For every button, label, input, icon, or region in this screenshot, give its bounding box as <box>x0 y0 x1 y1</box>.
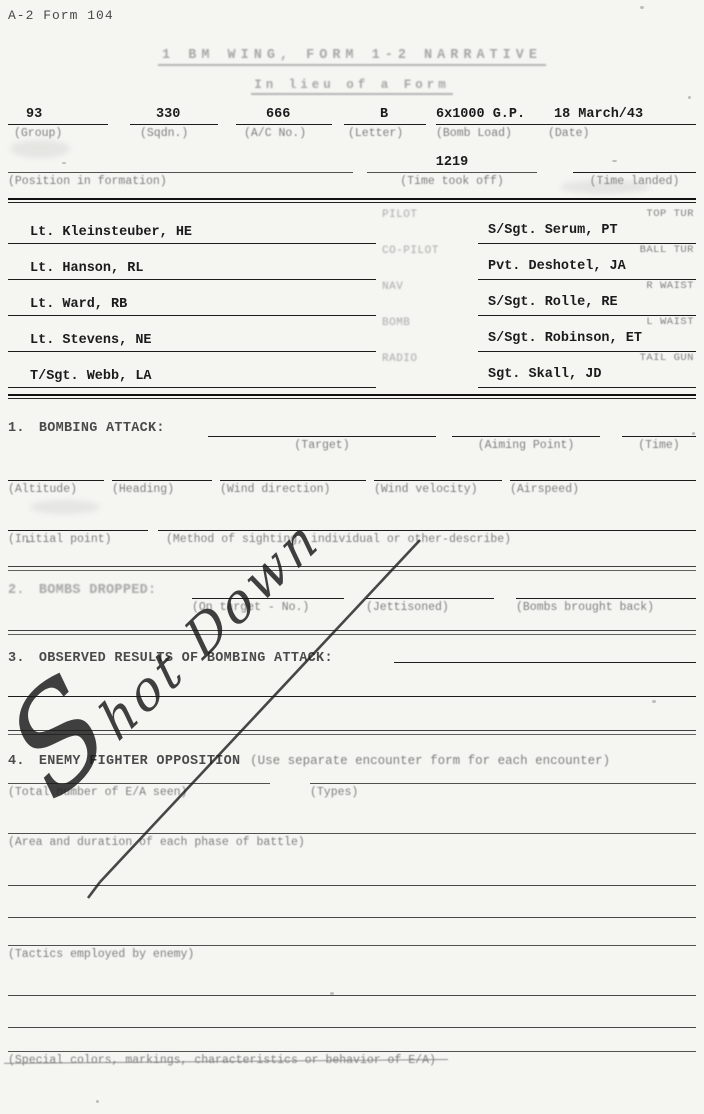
section4-number: 4. <box>8 754 25 769</box>
section1-heading: 1.BOMBING ATTACK: <box>8 421 208 436</box>
scanned-form-page: A-2 Form 104 1 BM WING, FORM 1-2 NARRATI… <box>0 0 704 1114</box>
write-in-line <box>8 1027 696 1028</box>
crew-right-cell: S/Sgt. Rolle, RE R WAIST <box>478 280 696 316</box>
crew-name: Sgt. Skall, JD <box>488 367 601 382</box>
scan-smudge <box>10 140 70 158</box>
section2-heading-text: BOMBS DROPPED: <box>39 583 157 598</box>
noise-speck <box>688 96 691 99</box>
field-position-formation: (Position in formation) <box>8 155 353 188</box>
field-types: (Types) <box>310 783 696 799</box>
write-in-line-double <box>8 730 696 735</box>
field-types-label: (Types) <box>310 784 696 799</box>
section1-row2: (Altitude) (Heading) (Wind direction) (W… <box>8 480 696 496</box>
field-sqdn-label: (Sqdn.) <box>130 125 218 140</box>
crew-left-cell: Lt. Hanson, RL <box>8 244 376 280</box>
field-tactics-label: (Tactics employed by enemy) <box>8 946 696 961</box>
field-wind-direction-label: (Wind direction) <box>220 481 366 496</box>
crew-row-radio: T/Sgt. Webb, LA RADIO Sgt. Skall, JD TAI… <box>8 352 696 388</box>
section2-heading: 2.BOMBS DROPPED: <box>8 583 192 598</box>
field-group-label: (Group) <box>8 125 108 140</box>
scan-smudge <box>560 180 650 194</box>
crew-name: Lt. Ward, RB <box>30 297 127 312</box>
field-date-value: 18 March/43 <box>548 107 696 124</box>
field-wind-direction: (Wind direction) <box>220 480 366 496</box>
section3-heading-text: OBSERVED RESULTS OF BOMBING ATTACK: <box>39 651 333 666</box>
field-method-sighting-label: (Method of sighting, individual or other… <box>158 531 696 546</box>
field-area-duration: (Area and duration of each phase of batt… <box>8 833 696 849</box>
divider <box>8 630 696 635</box>
noise-speck <box>612 160 617 162</box>
write-in-line <box>394 662 696 663</box>
noise-speck <box>62 162 66 164</box>
field-altitude: (Altitude) <box>8 480 104 496</box>
crew-role: R WAIST <box>646 280 694 292</box>
title-block: 1 BM WING, FORM 1-2 NARRATIVE <box>8 45 696 66</box>
field-position-formation-label: (Position in formation) <box>8 173 353 188</box>
subtitle-block: In lieu of a Form <box>8 75 696 95</box>
divider <box>8 198 696 203</box>
field-group: 93 (Group) <box>8 107 108 140</box>
crew-role: NAV <box>382 281 403 293</box>
field-wind-velocity-label: (Wind velocity) <box>374 481 502 496</box>
field-aiming-point: (Aiming Point) <box>452 436 600 452</box>
field-letter: B (Letter) <box>344 107 426 140</box>
field-sqdn-value: 330 <box>130 107 218 124</box>
crew-role: TAIL GUN <box>640 352 694 364</box>
scan-smudge <box>30 500 100 514</box>
crew-role: RADIO <box>382 353 418 365</box>
crew-role-cell: RADIO <box>376 352 478 388</box>
noise-speck <box>692 432 695 435</box>
section3-row: 3.OBSERVED RESULTS OF BOMBING ATTACK: <box>8 651 696 666</box>
field-letter-value: B <box>344 107 426 124</box>
field-bomb-load: 6x1000 G.P. (Bomb Load) <box>436 107 548 140</box>
form-subtitle: In lieu of a Form <box>251 78 453 95</box>
field-altitude-label: (Altitude) <box>8 481 104 496</box>
field-time-took-off-label: (Time took off) <box>367 173 537 188</box>
crew-name: Lt. Hanson, RL <box>30 261 143 276</box>
crew-role: CO-PILOT <box>382 245 439 257</box>
divider <box>8 566 696 571</box>
write-in-line <box>8 696 696 697</box>
field-bombs-brought-back-label: (Bombs brought back) <box>516 599 696 614</box>
field-area-duration-label: (Area and duration of each phase of batt… <box>8 834 696 849</box>
section4-heading: 4.ENEMY FIGHTER OPPOSITION <box>8 754 240 769</box>
crew-role: PILOT <box>382 209 418 221</box>
crew-row-nav: Lt. Ward, RB NAV S/Sgt. Rolle, RE R WAIS… <box>8 280 696 316</box>
field-special-colors-label-wrap: (Special colors, markings, characteristi… <box>8 1052 696 1067</box>
section2-row: 2.BOMBS DROPPED: (On target - No.) (Jett… <box>8 583 696 614</box>
section3-heading: 3.OBSERVED RESULTS OF BOMBING ATTACK: <box>8 651 394 666</box>
field-airspeed-label: (Airspeed) <box>510 481 696 496</box>
field-group-value: 93 <box>8 107 108 124</box>
crew-right-cell: S/Sgt. Serum, PT TOP TUR <box>478 208 696 244</box>
crew-right-cell: S/Sgt. Robinson, ET L WAIST <box>478 316 696 352</box>
crew-role-cell: PILOT <box>376 208 478 244</box>
noise-speck <box>26 540 30 543</box>
write-in-line <box>8 917 696 918</box>
crew-row-pilot: Lt. Kleinsteuber, HE PILOT S/Sgt. Serum,… <box>8 208 696 244</box>
form-number: A-2 Form 104 <box>8 8 696 23</box>
field-initial-point: (Initial point) <box>8 530 148 546</box>
crew-row-copilot: Lt. Hanson, RL CO-PILOT Pvt. Deshotel, J… <box>8 244 696 280</box>
field-on-target-label: (On target - No.) <box>192 599 344 614</box>
field-total-ea-seen: (Total number of E/A seen) <box>8 783 270 799</box>
field-on-target: (On target - No.) <box>192 598 344 614</box>
header-fields-row: 93 (Group) 330 (Sqdn.) 666 (A/C No.) B (… <box>8 107 696 140</box>
field-bombs-brought-back: (Bombs brought back) <box>516 598 696 614</box>
field-target: (Target) <box>208 436 436 452</box>
crew-left-cell: Lt. Kleinsteuber, HE <box>8 208 376 244</box>
field-time-landed-value <box>573 155 696 172</box>
field-ac-no: 666 (A/C No.) <box>236 107 332 140</box>
crew-role-cell: CO-PILOT <box>376 244 478 280</box>
crew-row-bomb: Lt. Stevens, NE BOMB S/Sgt. Robinson, ET… <box>8 316 696 352</box>
field-wind-velocity: (Wind velocity) <box>374 480 502 496</box>
field-ac-no-label: (A/C No.) <box>236 125 332 140</box>
field-initial-point-label: (Initial point) <box>8 531 148 546</box>
crew-name: Pvt. Deshotel, JA <box>488 259 626 274</box>
section3-number: 3. <box>8 651 25 666</box>
field-date: 18 March/43 (Date) <box>548 107 696 140</box>
crew-name: S/Sgt. Rolle, RE <box>488 295 618 310</box>
field-bomb-load-label: (Bomb Load) <box>436 125 548 140</box>
noise-speck <box>330 992 334 995</box>
field-target-label: (Target) <box>208 437 436 452</box>
crew-roster: Lt. Kleinsteuber, HE PILOT S/Sgt. Serum,… <box>8 208 696 388</box>
field-aiming-point-label: (Aiming Point) <box>452 437 600 452</box>
section4-heading-text: ENEMY FIGHTER OPPOSITION <box>39 754 241 769</box>
form-title: 1 BM WING, FORM 1-2 NARRATIVE <box>158 48 546 66</box>
crew-name: S/Sgt. Serum, PT <box>488 223 618 238</box>
field-position-formation-value <box>8 155 353 172</box>
field-time-took-off-value: 1219 <box>367 155 537 172</box>
noise-speck <box>652 700 656 703</box>
crew-name: S/Sgt. Robinson, ET <box>488 331 642 346</box>
noise-speck <box>640 6 644 9</box>
field-ac-no-value: 666 <box>236 107 332 124</box>
field-special-colors: (Special colors, markings, characteristi… <box>8 1051 696 1067</box>
section1-row3: (Initial point) (Method of sighting, ind… <box>8 530 696 546</box>
section1-heading-text: BOMBING ATTACK: <box>39 421 165 436</box>
field-letter-label: (Letter) <box>344 125 426 140</box>
crew-role: BALL TUR <box>640 244 694 256</box>
crew-role-cell: NAV <box>376 280 478 316</box>
crew-name: T/Sgt. Webb, LA <box>30 369 152 384</box>
divider <box>8 394 696 399</box>
field-date-label: (Date) <box>548 125 696 140</box>
crew-role: L WAIST <box>646 316 694 328</box>
field-jettisoned-label: (Jettisoned) <box>366 599 494 614</box>
field-sqdn: 330 (Sqdn.) <box>130 107 218 140</box>
section4-row1: (Total number of E/A seen) (Types) <box>8 783 696 799</box>
crew-role-cell: BOMB <box>376 316 478 352</box>
section4-heading-note: (Use separate encounter form for each en… <box>250 754 610 768</box>
section2-number: 2. <box>8 583 25 598</box>
crew-name: Lt. Stevens, NE <box>30 333 152 348</box>
field-heading-label: (Heading) <box>112 481 212 496</box>
crew-role: BOMB <box>382 317 410 329</box>
field-bomb-load-value: 6x1000 G.P. <box>436 107 548 124</box>
crew-left-cell: Lt. Stevens, NE <box>8 316 376 352</box>
field-total-ea-seen-label: (Total number of E/A seen) <box>8 784 270 799</box>
field-tactics: (Tactics employed by enemy) <box>8 945 696 961</box>
field-method-sighting: (Method of sighting, individual or other… <box>158 530 696 546</box>
crew-left-cell: Lt. Ward, RB <box>8 280 376 316</box>
crew-role: TOP TUR <box>646 208 694 220</box>
field-time: (Time) <box>622 436 696 452</box>
crew-right-cell: Sgt. Skall, JD TAIL GUN <box>478 352 696 388</box>
field-airspeed: (Airspeed) <box>510 480 696 496</box>
noise-speck <box>96 1100 99 1103</box>
section1-number: 1. <box>8 421 25 436</box>
crew-right-cell: Pvt. Deshotel, JA BALL TUR <box>478 244 696 280</box>
section1-row1: 1.BOMBING ATTACK: (Target) (Aiming Point… <box>8 421 696 452</box>
write-in-line <box>8 885 696 886</box>
section4-heading-row: 4.ENEMY FIGHTER OPPOSITION (Use separate… <box>8 751 696 769</box>
field-heading: (Heading) <box>112 480 212 496</box>
crew-name: Lt. Kleinsteuber, HE <box>30 225 192 240</box>
field-special-colors-label: (Special colors, markings, characteristi… <box>8 1054 436 1067</box>
field-jettisoned: (Jettisoned) <box>366 598 494 614</box>
write-in-line <box>8 995 696 996</box>
field-time-label: (Time) <box>622 437 696 452</box>
crew-left-cell: T/Sgt. Webb, LA <box>8 352 376 388</box>
field-time-took-off: 1219 (Time took off) <box>367 155 537 188</box>
